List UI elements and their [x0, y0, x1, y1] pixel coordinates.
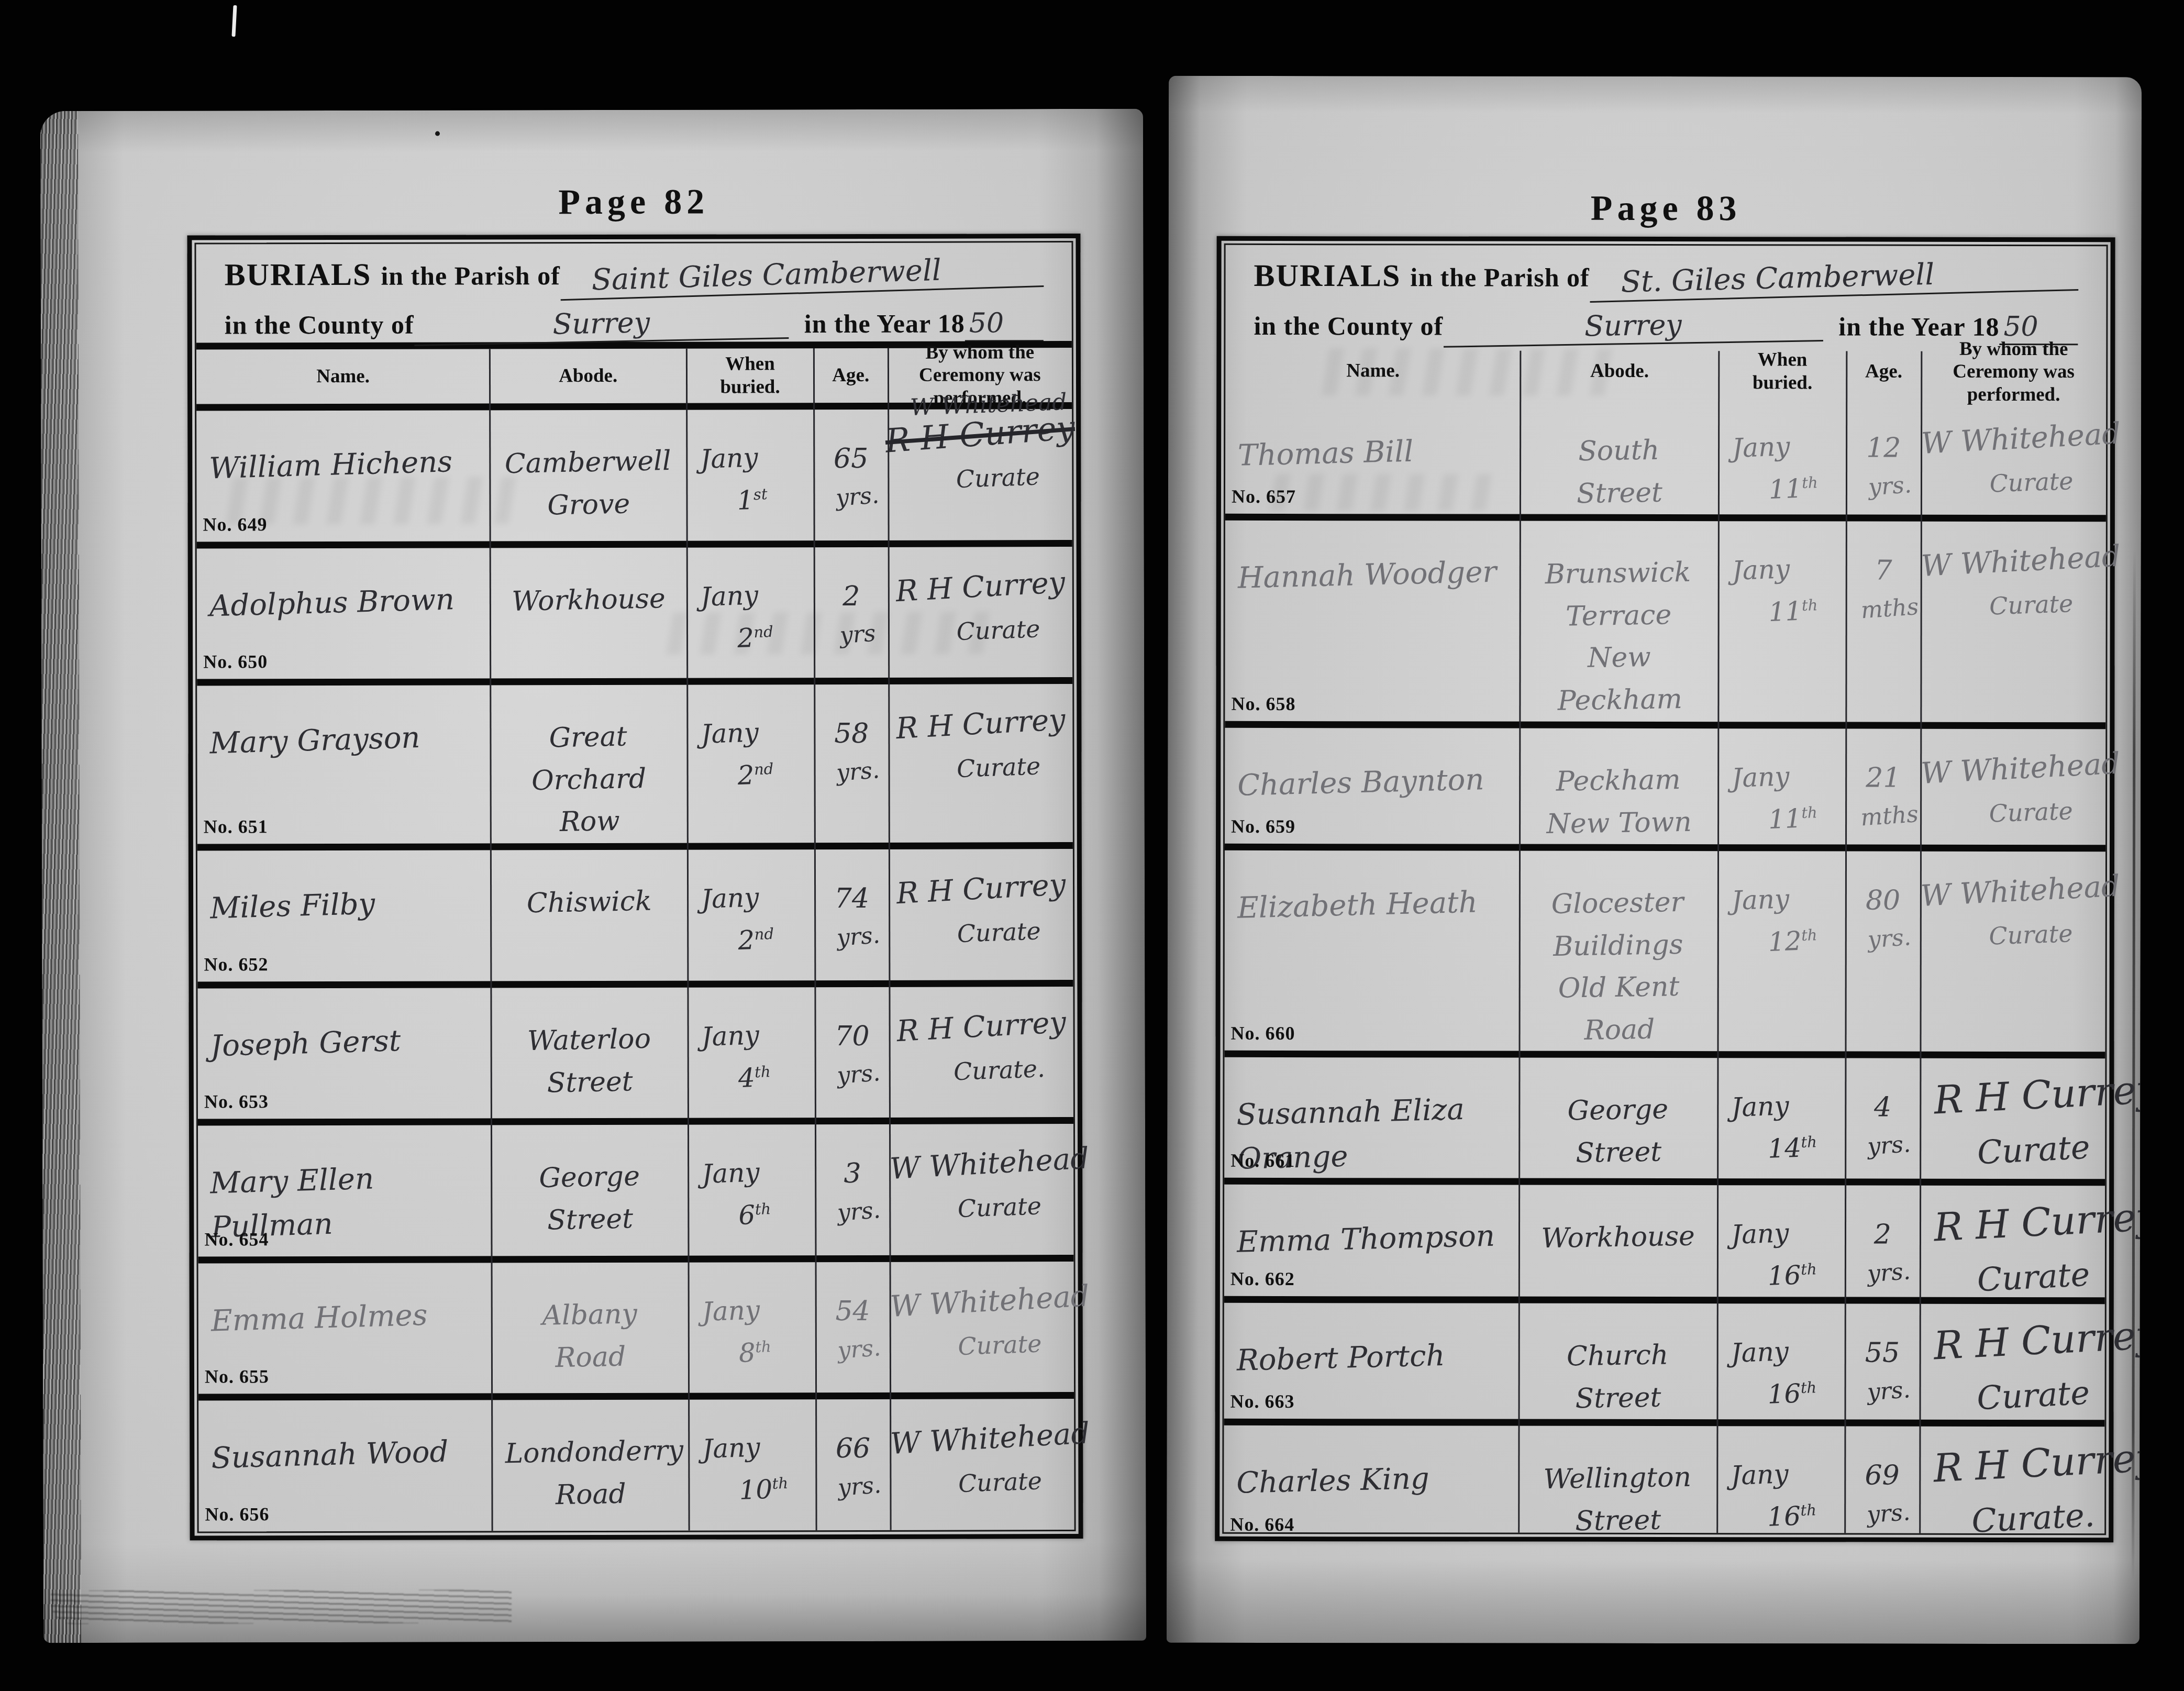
officiant-signature: W Whitehead — [1920, 417, 2107, 461]
name-cell: Susannah Eliza Orange No. 661 — [1224, 1057, 1520, 1178]
abode-handwritten: Brunswick Terrace New Peckham — [1518, 551, 1720, 723]
age-value: 4 — [1845, 1092, 1920, 1123]
when-buried-cell: Jany 16th — [1717, 1185, 1845, 1297]
entry-number: No. 660 — [1231, 1022, 1295, 1044]
age-cell: 80 yrs. — [1845, 851, 1921, 1052]
column-header-when-buried: When buried. — [686, 348, 814, 403]
officiant-title: Curate — [1940, 1253, 2126, 1301]
buried-person-name: Emma Holmes — [210, 1291, 487, 1343]
age-value: 65 — [814, 443, 888, 474]
when-buried-cell: Jany 6th — [688, 1124, 815, 1255]
age-unit: yrs. — [821, 1333, 897, 1365]
when-buried-cell: Jany 8th — [689, 1262, 816, 1393]
burial-month: Jany — [1731, 881, 1846, 915]
age-unit: yrs. — [1850, 1130, 1927, 1162]
register-row: Hannah Woodger No. 658 Brunswick Terrace… — [1225, 521, 2106, 729]
burial-day: 16th — [1767, 1377, 1846, 1410]
register-rows: William Hichens No. 649 Camberwell Grove… — [196, 409, 1074, 1531]
parish-name-handwritten: St. Giles Camberwell — [1589, 254, 2078, 303]
entry-number: No. 655 — [205, 1366, 269, 1388]
register-row: Mary Grayson No. 651 Great Orchard Row J… — [197, 684, 1073, 850]
age-cell: 58 yrs. — [814, 684, 889, 843]
entry-number: No. 656 — [205, 1503, 270, 1525]
age-value: 58 — [814, 718, 889, 749]
register-row: Robert Portch No. 663 Church Street Jany… — [1224, 1303, 2104, 1427]
when-buried-cell: Jany 16th — [1717, 1303, 1845, 1420]
officiant-cell: R H Currey Curate — [889, 849, 1073, 980]
register-row: Emma Thompson No. 662 Workhouse Jany 16t… — [1224, 1185, 2105, 1304]
register-heading: BURIALS in the Parish of Saint Giles Cam… — [196, 242, 1071, 343]
entry-number: No. 650 — [203, 651, 268, 673]
name-cell: Emma Thompson No. 662 — [1224, 1185, 1520, 1297]
register-row: Susannah Wood No. 656 Londonderry Road J… — [198, 1399, 1074, 1532]
abode-handwritten: George Street — [491, 1155, 689, 1243]
officiant-signature: W Whitehead — [889, 1280, 1074, 1324]
burial-month: Jany — [701, 715, 815, 750]
age-value: 69 — [1845, 1460, 1920, 1491]
age-unit: yrs. — [1851, 923, 1927, 955]
officiant-signature: W Whitehead — [1920, 747, 2107, 791]
burial-day: 11th — [1768, 472, 1847, 505]
officiant-signature: W Whitehead — [890, 1417, 1075, 1461]
register-row: Emma Holmes No. 655 Albany Road Jany 8th… — [198, 1262, 1074, 1401]
officiant-signature: W Whitehead — [1920, 870, 2106, 913]
age-value: 2 — [1845, 1219, 1920, 1251]
burial-month: Jany — [1731, 1089, 1846, 1123]
page-fore-edge — [2132, 548, 2136, 1581]
burial-day: 4th — [738, 1060, 815, 1093]
officiant-cell: R H Currey Curate — [889, 684, 1073, 843]
officiant-cell: W Whitehead Curate — [890, 1124, 1074, 1255]
abode-cell: Church Street — [1519, 1303, 1717, 1420]
officiant-cell: R H Currey Curate. — [889, 987, 1073, 1118]
buried-person-name: Adolphus Brown — [209, 577, 485, 628]
burial-day: 2nd — [737, 758, 815, 791]
age-value: 54 — [815, 1296, 890, 1327]
ink-dot — [435, 131, 440, 136]
name-cell: Elizabeth Heath No. 660 — [1224, 850, 1520, 1051]
officiant-signature: W Whitehead — [889, 1142, 1074, 1186]
name-cell: Hannah Woodger No. 658 — [1225, 521, 1520, 721]
column-header-abode: Abode. — [490, 349, 686, 404]
register-row: Joseph Gerst No. 653 Waterloo Street Jan… — [197, 987, 1073, 1126]
officiant-title: Curate — [905, 460, 1090, 495]
age-unit: mths — [1851, 800, 1927, 832]
register-row: Susannah Eliza Orange No. 661 George Str… — [1224, 1057, 2105, 1186]
officiant-cell: W Whitehead Curate — [1921, 399, 2107, 515]
abode-cell: Camberwell Grove — [490, 410, 687, 541]
burial-day: 1st — [737, 483, 814, 516]
entry-number: No. 661 — [1230, 1150, 1295, 1171]
officiant-title: Curate — [1938, 794, 2124, 829]
abode-cell: Waterloo Street — [491, 987, 689, 1118]
when-buried-cell: Jany 2nd — [687, 547, 814, 678]
officiant-signature: R H Currey — [889, 1005, 1074, 1049]
burial-month: Jany — [701, 1018, 815, 1052]
age-value: 55 — [1845, 1338, 1920, 1369]
year-handwritten: 50 — [965, 307, 1044, 341]
age-cell: 2 yrs. — [1845, 1186, 1920, 1297]
age-unit: yrs. — [820, 756, 896, 788]
abode-handwritten: Peckham New Town — [1519, 758, 1719, 845]
abode-cell: Workhouse — [1519, 1185, 1717, 1297]
burial-day: 6th — [738, 1198, 816, 1231]
burial-month: Jany — [700, 440, 814, 474]
abode-cell: Workhouse — [490, 547, 688, 678]
name-cell: Susannah Wood No. 656 — [198, 1400, 492, 1532]
buried-person-name: Emma Thompson — [1236, 1214, 1514, 1265]
register-page-left: Page 82 BURIALS in the Parish of Saint G… — [40, 109, 1146, 1643]
officiant-title: Curate — [906, 612, 1091, 647]
burial-day: 11th — [1768, 802, 1846, 835]
buried-person-name: Joseph Gerst — [210, 1016, 486, 1068]
buried-person-name: William Hichens — [208, 439, 485, 491]
officiant-cell: R H Currey Curate. — [1920, 1427, 2105, 1543]
parish-prefix: in the Parish of — [1410, 262, 1589, 292]
age-value: 21 — [1846, 762, 1921, 793]
page-number: Page 83 — [1217, 187, 2115, 229]
burial-month: Jany — [1730, 1457, 1845, 1491]
officiant-title: Curate. — [907, 1052, 1092, 1087]
abode-cell: Albany Road — [492, 1262, 689, 1393]
officiant-cell: W Whitehead Curate — [1921, 522, 2106, 722]
burial-day: 2nd — [737, 620, 814, 653]
officiant-title: Curate. — [1939, 1494, 2126, 1542]
register-page-right: Page 83 BURIALS in the Parish of St. Gil… — [1167, 76, 2142, 1644]
age-unit: yrs — [819, 618, 895, 650]
age-cell: 54 yrs. — [815, 1262, 890, 1393]
officiant-cell: R H Currey Curate — [1920, 1058, 2105, 1179]
when-buried-cell: Jany 16th — [1717, 1426, 1845, 1542]
abode-cell: Brunswick Terrace New Peckham — [1520, 521, 1719, 722]
when-buried-cell: Jany 4th — [688, 987, 815, 1118]
age-cell: 70 yrs. — [815, 987, 890, 1118]
when-buried-cell: Jany 12th — [1717, 851, 1845, 1052]
register-row: Mary Ellen Pullman No. 654 George Street… — [198, 1124, 1074, 1263]
burial-month: Jany — [702, 1430, 816, 1465]
burial-register-table: BURIALS in the Parish of Saint Giles Cam… — [187, 234, 1083, 1541]
abode-handwritten: Chiswick — [490, 879, 688, 925]
abode-handwritten: Glocester Buildings Old Kent Road — [1518, 881, 1720, 1053]
burials-title: BURIALS — [225, 257, 372, 293]
age-unit: mths — [1852, 593, 1928, 625]
abode-cell: Glocester Buildings Old Kent Road — [1520, 850, 1718, 1051]
abode-handwritten: Workhouse — [1519, 1215, 1718, 1261]
abode-cell: Wellington Street — [1519, 1426, 1717, 1542]
entry-number: No. 659 — [1231, 815, 1295, 837]
abode-cell: Great Orchard Row — [490, 685, 688, 844]
when-buried-cell: Jany 11th — [1718, 521, 1846, 722]
officiant-title: Curate — [1940, 1372, 2126, 1419]
buried-person-name: Thomas Bill — [1237, 427, 1515, 478]
age-unit: yrs. — [1850, 1498, 1926, 1530]
entry-number: No. 651 — [204, 815, 268, 837]
burial-month: Jany — [1732, 552, 1847, 586]
age-cell: 66 yrs. — [816, 1399, 891, 1530]
burial-day: 2nd — [738, 923, 815, 956]
abode-handwritten: Workhouse — [490, 577, 688, 623]
buried-person-name: Robert Portch — [1236, 1332, 1514, 1383]
abode-handwritten: South Street — [1520, 428, 1719, 516]
age-cell: 21 mths — [1846, 728, 1921, 844]
burial-day: 16th — [1767, 1258, 1846, 1291]
column-header-name: Name. — [196, 349, 490, 404]
register-row: William Hichens No. 649 Camberwell Grove… — [196, 409, 1072, 548]
officiant-title: Curate — [906, 750, 1091, 785]
register-rows: Thomas Bill No. 657 South Street Jany 11… — [1224, 398, 2106, 1543]
when-buried-cell: Jany 2nd — [688, 849, 815, 980]
scan-smudge — [51, 1589, 512, 1624]
burial-month: Jany — [1731, 1334, 1846, 1368]
register-row: Charles King No. 664 Wellington Street J… — [1224, 1425, 2104, 1543]
officiant-cell: W Whitehead Curate — [1920, 851, 2105, 1052]
age-cell: 55 yrs. — [1845, 1304, 1920, 1420]
abode-handwritten: George Street — [1518, 1088, 1718, 1175]
column-header-age: Age. — [1846, 345, 1921, 399]
burial-day: 11th — [1768, 594, 1847, 627]
age-cell: 69 yrs. — [1845, 1427, 1920, 1542]
officiant-title: Curate — [907, 1328, 1092, 1363]
officiant-title: Curate — [1938, 588, 2124, 622]
register-row: Elizabeth Heath No. 660 Glocester Buildi… — [1224, 850, 2105, 1059]
abode-cell: George Street — [1520, 1058, 1718, 1179]
age-value: 3 — [815, 1158, 890, 1189]
burial-day: 10th — [739, 1473, 816, 1506]
buried-person-name: Elizabeth Heath — [1237, 879, 1515, 930]
page-number: Page 82 — [187, 180, 1080, 224]
abode-handwritten: Albany Road — [491, 1292, 689, 1380]
age-cell: 7 mths — [1846, 522, 1921, 722]
officiant-title: Curate — [1940, 1126, 2126, 1174]
abode-handwritten: Londonderry Road — [491, 1430, 690, 1518]
burial-day: 14th — [1767, 1131, 1846, 1164]
age-cell: 3 yrs. — [815, 1124, 890, 1255]
abode-handwritten: Wellington Street — [1518, 1456, 1717, 1543]
burial-month: Jany — [701, 880, 815, 914]
age-unit: yrs. — [821, 1196, 896, 1228]
officiant-signature: R H Currey — [1933, 1196, 2120, 1251]
parish-prefix: in the Parish of — [381, 260, 560, 291]
entry-number: No. 658 — [1231, 692, 1295, 714]
buried-person-name: Charles King — [1236, 1455, 1514, 1506]
officiant-signature: R H Currey — [1933, 1069, 2120, 1123]
entry-number: No. 652 — [204, 953, 268, 975]
register-row: Thomas Bill No. 657 South Street Jany 11… — [1225, 398, 2106, 522]
burial-register-table: BURIALS in the Parish of St. Giles Cambe… — [1215, 236, 2115, 1542]
buried-person-name: Hannah Woodger — [1237, 550, 1515, 601]
when-buried-cell: Jany 10th — [689, 1400, 816, 1531]
when-buried-cell: Jany 11th — [1718, 728, 1846, 845]
age-cell: 2 yrs — [814, 547, 889, 678]
buried-person-name: Miles Filby — [209, 879, 486, 931]
buried-person-name: Mary Grayson — [209, 714, 485, 766]
officiant-signature: R H Currey — [1932, 1314, 2119, 1369]
officiant-cell: R H Currey Curate — [889, 547, 1073, 678]
officiant-cell: W Whitehead Curate — [890, 1399, 1074, 1530]
register-row: Miles Filby No. 652 Chiswick Jany 2nd 74… — [197, 849, 1073, 988]
officiant-signature: W Whitehead — [1920, 540, 2107, 583]
officiant-cell: W Whitehead Curate — [1921, 728, 2106, 845]
column-header-name: Name. — [1225, 344, 1521, 399]
burial-month: Jany — [1731, 759, 1846, 793]
register-row: Charles Baynton No. 659 Peckham New Town… — [1225, 727, 2105, 852]
parish-name-handwritten: Saint Giles Camberwell — [560, 250, 1044, 301]
age-cell: 74 yrs. — [815, 849, 890, 980]
when-buried-cell: Jany 1st — [686, 410, 814, 540]
officiant-title: Curate — [907, 1190, 1092, 1225]
age-value: 70 — [815, 1020, 889, 1052]
year-prefix: in the Year 18 — [804, 308, 965, 339]
officiant-signature: R H Currey — [888, 565, 1073, 609]
name-cell: Adolphus Brown No. 650 — [197, 548, 491, 679]
burial-month: Jany — [1731, 1216, 1846, 1250]
name-cell: Mary Ellen Pullman No. 654 — [198, 1125, 492, 1257]
column-header-abode: Abode. — [1521, 344, 1719, 399]
entry-number: No. 663 — [1230, 1390, 1295, 1412]
entry-number: No. 657 — [1232, 485, 1296, 507]
abode-cell: Chiswick — [491, 850, 688, 981]
officiant-title: Curate — [1938, 465, 2124, 500]
age-unit: yrs. — [820, 921, 896, 953]
abode-cell: South Street — [1520, 399, 1719, 515]
film-artifact — [231, 5, 237, 37]
abode-handwritten: Waterloo Street — [490, 1017, 689, 1106]
when-buried-cell: Jany 11th — [1719, 399, 1846, 515]
age-value: 74 — [815, 883, 889, 914]
name-cell: William Hichens No. 649 — [196, 410, 490, 541]
scanned-burial-register: { "palette": { "background": "#020202", … — [0, 0, 2184, 1691]
entry-number: No. 653 — [204, 1091, 269, 1113]
name-cell: Emma Holmes No. 655 — [198, 1263, 492, 1394]
age-cell: 12 yrs. — [1846, 399, 1921, 515]
entry-number: No. 654 — [204, 1228, 269, 1250]
officiant-title: Curate — [907, 1465, 1092, 1500]
stacked-page-edges — [40, 111, 81, 1643]
officiant-cell: W Whitehead Curate — [890, 1262, 1074, 1392]
county-prefix: in the County of — [225, 310, 414, 340]
column-header-age: Age. — [814, 348, 888, 403]
age-unit: yrs. — [1850, 1375, 1927, 1407]
name-cell: Joseph Gerst No. 653 — [197, 988, 491, 1119]
age-value: 2 — [814, 580, 889, 612]
age-unit: yrs. — [821, 1058, 896, 1090]
buried-person-name: Charles Baynton — [1237, 757, 1515, 808]
name-cell: Thomas Bill No. 657 — [1225, 398, 1521, 514]
column-headers: Name. Abode. When buried. Age. By whom t… — [1225, 344, 2106, 399]
officiant-title: Curate — [906, 915, 1091, 950]
age-value: 80 — [1846, 885, 1921, 916]
name-cell: Robert Portch No. 663 — [1224, 1303, 1520, 1419]
entry-number: No. 662 — [1230, 1268, 1295, 1290]
burial-day: 16th — [1767, 1499, 1845, 1532]
burial-day: 8th — [738, 1335, 816, 1368]
county-name-handwritten: Surrey — [1443, 306, 1823, 348]
name-cell: Charles King No. 664 — [1224, 1425, 1519, 1542]
burial-month: Jany — [1732, 429, 1847, 463]
officiant-signature: R H Currey — [1932, 1437, 2119, 1491]
age-unit: yrs. — [1850, 1257, 1927, 1289]
abode-handwritten: Great Orchard Row — [489, 715, 689, 845]
when-buried-cell: Jany 2nd — [688, 684, 815, 843]
burial-month: Jany — [700, 578, 814, 612]
officiant-cell: R H Currey Curate — [1920, 1186, 2105, 1297]
officiant-cell: R H Currey Curate — [1920, 1304, 2105, 1420]
officiant-title: Curate — [1938, 918, 2124, 952]
name-cell: Miles Filby No. 652 — [197, 850, 491, 981]
county-name-handwritten: Surrey — [414, 303, 789, 346]
age-unit: yrs. — [822, 1471, 897, 1502]
officiant-signature: R H Currey — [888, 867, 1073, 911]
name-cell: Mary Grayson No. 651 — [197, 686, 491, 844]
register-row: Adolphus Brown No. 650 Workhouse Jany 2n… — [197, 547, 1073, 686]
burial-day: 12th — [1768, 924, 1846, 957]
column-header-ceremony: By whom the Ceremony was performed. — [1921, 345, 2106, 399]
age-value: 66 — [816, 1433, 890, 1464]
abode-cell: George Street — [491, 1125, 689, 1256]
age-value: 12 — [1846, 433, 1921, 464]
age-unit: yrs. — [1852, 470, 1928, 502]
age-value: 7 — [1846, 555, 1921, 587]
burials-title: BURIALS — [1254, 258, 1401, 294]
column-header-when-buried: When buried. — [1719, 344, 1846, 399]
burial-month: Jany — [702, 1292, 816, 1327]
entry-number: No. 649 — [203, 513, 268, 535]
age-unit: yrs. — [819, 481, 895, 513]
abode-cell: Londonderry Road — [492, 1400, 689, 1531]
entry-number: No. 664 — [1230, 1513, 1294, 1535]
buried-person-name: Susannah Wood — [210, 1429, 487, 1481]
register-heading: BURIALS in the Parish of St. Giles Cambe… — [1225, 245, 2106, 345]
officiant-cell: W Whitehead R H Currey Curate — [888, 409, 1072, 540]
abode-handwritten: Camberwell Grove — [489, 439, 688, 528]
county-prefix: in the County of — [1254, 311, 1443, 341]
officiant-signature: R H Currey — [888, 702, 1073, 746]
name-cell: Charles Baynton No. 659 — [1225, 727, 1520, 844]
when-buried-cell: Jany 14th — [1717, 1058, 1845, 1178]
abode-cell: Peckham New Town — [1520, 728, 1719, 844]
abode-handwritten: Church Street — [1518, 1333, 1718, 1421]
burial-month: Jany — [701, 1155, 815, 1190]
age-cell: 4 yrs. — [1845, 1058, 1920, 1179]
